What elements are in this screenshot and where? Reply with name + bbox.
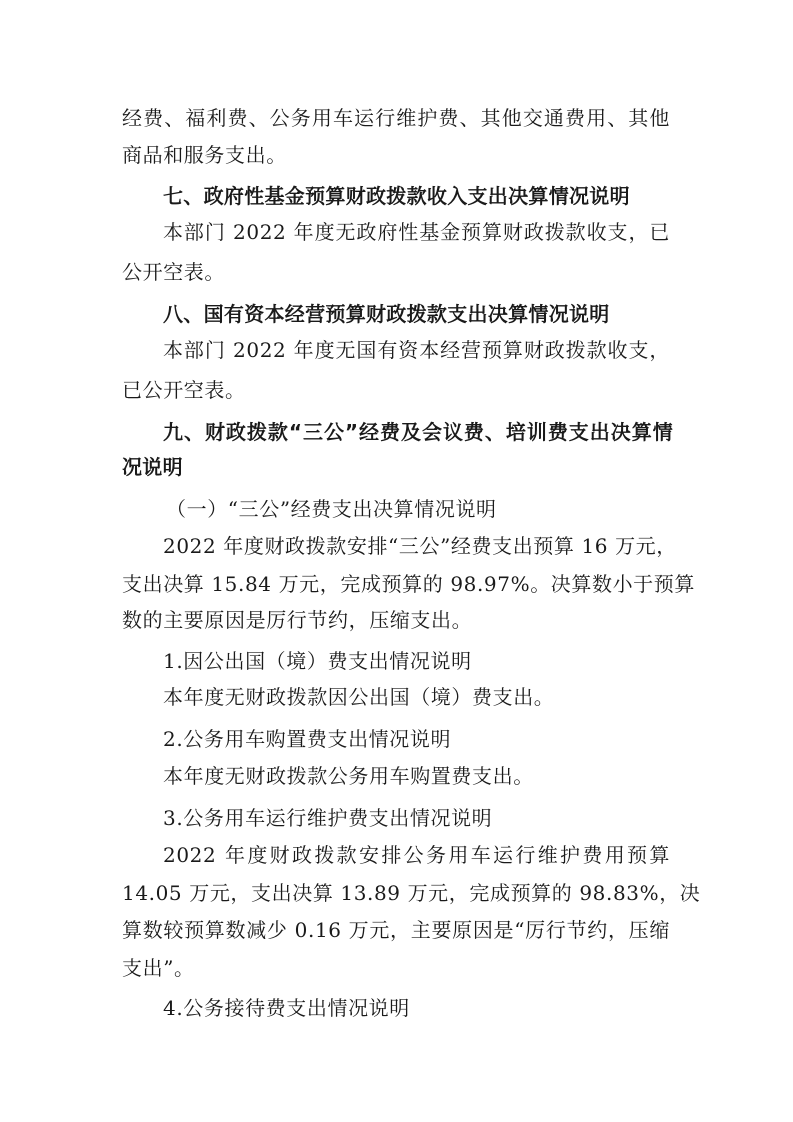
paragraph-line: 公开空表。	[122, 260, 225, 284]
paragraph-line: 已公开空表。	[122, 378, 246, 402]
paragraph-line: 2022 年度财政拨款安排“三公”经费支出预算 16 万元，	[163, 534, 670, 558]
section-heading-9-cont: 况说明	[122, 455, 183, 479]
item-heading-2: 2.公务用车购置费支出情况说明	[163, 727, 451, 751]
item-heading-1: 1.因公出国（境）费支出情况说明	[163, 649, 472, 673]
paragraph-line: 本年度无财政拨款公务用车购置费支出。	[163, 764, 534, 788]
paragraph-line: 算数较预算数减少 0.16 万元，主要原因是“厉行节约，压缩	[122, 918, 670, 942]
paragraph-line: 本部门 2022 年度无国有资本经营预算财政拨款收支，	[163, 338, 670, 362]
section-heading-8: 八、国有资本经营预算财政拨款支出决算情况说明	[163, 302, 610, 326]
paragraph-line: 商品和服务支出。	[122, 143, 287, 167]
item-heading-3: 3.公务用车运行维护费支出情况说明	[163, 806, 492, 830]
paragraph-line: 2022 年度财政拨款安排公务用车运行维护费用预算	[163, 843, 670, 867]
paragraph-line: 支出”。	[122, 956, 195, 980]
subsection-heading-1: （一）“三公”经费支出决算情况说明	[166, 497, 497, 521]
paragraph-line: 14.05 万元，支出决算 13.89 万元，完成预算的 98.83%，决	[122, 881, 670, 905]
paragraph-line: 经费、福利费、公务用车运行维护费、其他交通费用、其他	[122, 106, 670, 130]
section-heading-9: 九、财政拨款“三公”经费及会议费、培训费支出决算情	[163, 420, 673, 444]
paragraph-line: 数的主要原因是厉行节约，压缩支出。	[122, 608, 472, 632]
paragraph-line: 本部门 2022 年度无政府性基金预算财政拨款收支，已	[163, 220, 670, 244]
paragraph-line: 本年度无财政拨款因公出国（境）费支出。	[163, 685, 554, 709]
item-heading-4: 4.公务接待费支出情况说明	[163, 996, 410, 1020]
document-page: 经费、福利费、公务用车运行维护费、其他交通费用、其他 商品和服务支出。 七、政府…	[0, 0, 793, 1122]
section-heading-7: 七、政府性基金预算财政拨款收入支出决算情况说明	[163, 184, 630, 208]
paragraph-line: 支出决算 15.84 万元，完成预算的 98.97%。决算数小于预算	[122, 572, 670, 596]
